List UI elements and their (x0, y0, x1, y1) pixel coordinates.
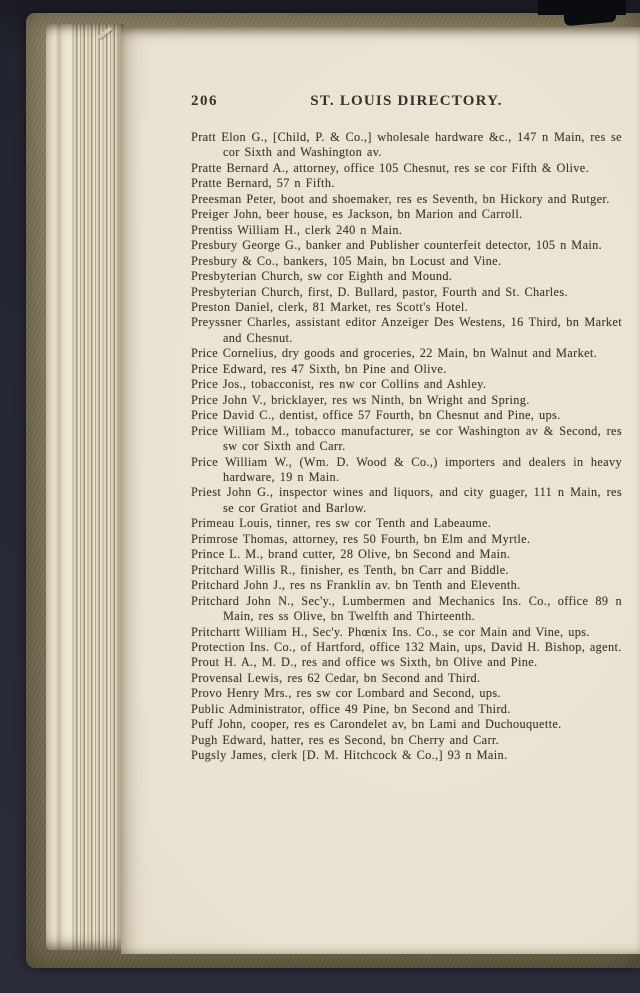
directory-entry: Primrose Thomas, attorney, res 50 Fourth… (191, 532, 622, 547)
directory-entry: Price William M., tobacco manufacturer, … (191, 424, 622, 455)
directory-entry: Price Edward, res 47 Sixth, bn Pine and … (191, 362, 622, 377)
directory-entry: Price John V., bricklayer, res ws Ninth,… (191, 393, 622, 408)
directory-entry: Protection Ins. Co., of Hartford, office… (191, 640, 622, 655)
directory-entry: Pritchard Willis R., finisher, es Tenth,… (191, 563, 622, 578)
photo-background: 206 ST. LOUIS DIRECTORY. Pratt Elon G., … (0, 0, 640, 993)
directory-entry: Puff John, cooper, res es Carondelet av,… (191, 717, 622, 732)
directory-entry: Prentiss William H., clerk 240 n Main. (191, 223, 622, 238)
directory-entry: Preston Daniel, clerk, 81 Market, res Sc… (191, 300, 622, 315)
directory-entry: Pratte Bernard, 57 n Fifth. (191, 176, 622, 191)
directory-entry: Presbyterian Church, sw cor Eighth and M… (191, 269, 622, 284)
directory-entry: Presbury & Co., bankers, 105 Main, bn Lo… (191, 254, 622, 269)
directory-entry: Preyssner Charles, assistant editor Anze… (191, 315, 622, 346)
page-header: 206 ST. LOUIS DIRECTORY. (121, 27, 640, 110)
book-page: 206 ST. LOUIS DIRECTORY. Pratt Elon G., … (121, 27, 640, 954)
directory-entry: Price David C., dentist, office 57 Fourt… (191, 408, 622, 423)
directory-entry: Price Jos., tobacconist, res nw cor Coll… (191, 377, 622, 392)
page-edge-stack (46, 24, 124, 950)
directory-entry: Primeau Louis, tinner, res sw cor Tenth … (191, 516, 622, 531)
directory-entry: Price Cornelius, dry goods and groceries… (191, 346, 622, 361)
directory-entry: Priest John G., inspector wines and liqu… (191, 485, 622, 516)
directory-entry: Presbury George G., banker and Publisher… (191, 238, 622, 253)
directory-entry: Preesman Peter, boot and shoemaker, res … (191, 192, 622, 207)
directory-entry: Provo Henry Mrs., res sw cor Lombard and… (191, 686, 622, 701)
directory-entry: Pritchard John J., res ns Franklin av. b… (191, 578, 622, 593)
directory-entry: Presbyterian Church, first, D. Bullard, … (191, 285, 622, 300)
directory-entry: Pritchartt William H., Sec'y. Phœnix Ins… (191, 625, 622, 640)
page-title: ST. LOUIS DIRECTORY. (310, 93, 502, 110)
directory-entry: Prince L. M., brand cutter, 28 Olive, bn… (191, 547, 622, 562)
directory-entries: Pratt Elon G., [Child, P. & Co.,] wholes… (121, 130, 640, 764)
directory-entry: Preiger John, beer house, es Jackson, bn… (191, 207, 622, 222)
directory-entry: Pritchard John N., Sec'y., Lumbermen and… (191, 594, 622, 625)
page-number: 206 (191, 93, 218, 110)
directory-entry: Public Administrator, office 49 Pine, bn… (191, 702, 622, 717)
directory-entry: Pratte Bernard A., attorney, office 105 … (191, 161, 622, 176)
directory-entry: Pratt Elon G., [Child, P. & Co.,] wholes… (191, 130, 622, 161)
directory-entry: Provensal Lewis, res 62 Cedar, bn Second… (191, 671, 622, 686)
directory-entry: Price William W., (Wm. D. Wood & Co.,) i… (191, 455, 622, 486)
directory-entry: Pugh Edward, hatter, res es Second, bn C… (191, 733, 622, 748)
directory-entry: Pugsly James, clerk [D. M. Hitchcock & C… (191, 748, 622, 763)
directory-entry: Prout H. A., M. D., res and office ws Si… (191, 655, 622, 670)
